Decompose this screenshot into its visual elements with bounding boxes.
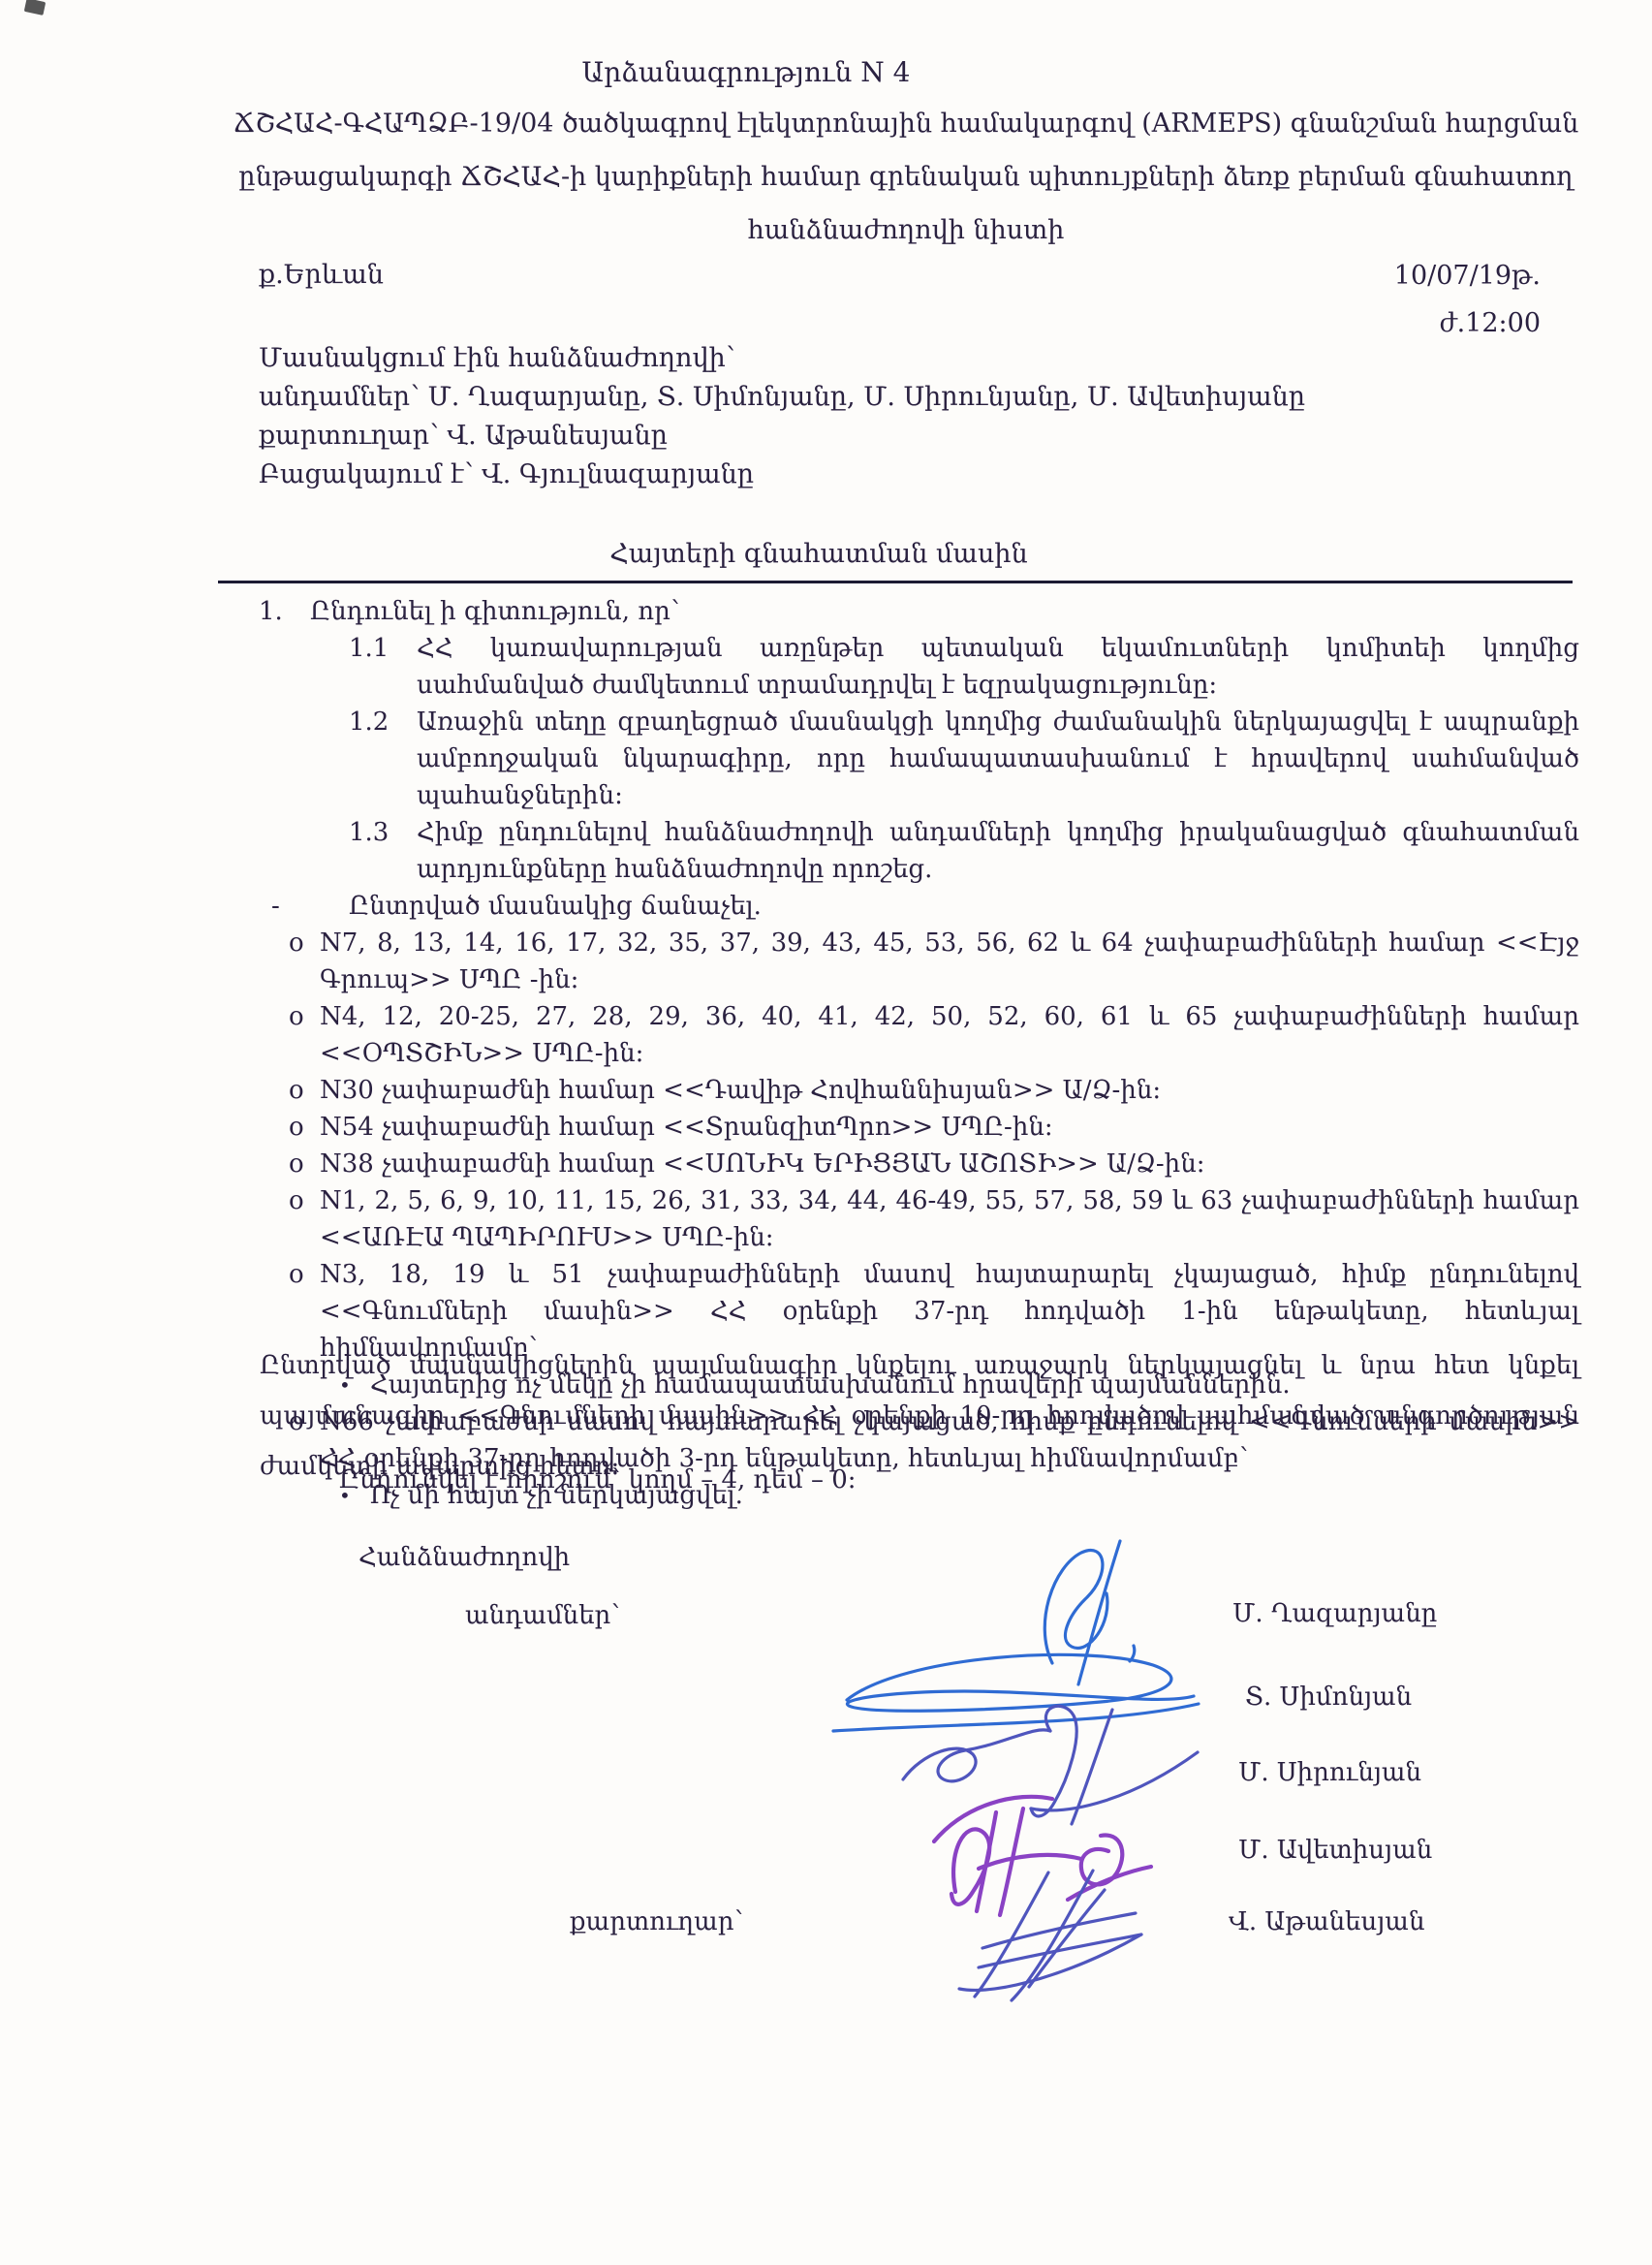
award-text: N30 չափաբաժնի համար <<Դավիթ Հովհաննիսյան… bbox=[320, 1076, 1161, 1105]
attendance-block: Մասնակցում էին հանձնաժողովի՝ անդամներ՝ Մ… bbox=[259, 339, 1305, 494]
subclause-number: 1.1 bbox=[349, 630, 389, 667]
members-label: անդամներ՝ bbox=[465, 1601, 620, 1630]
attendance-line: քարտուղար՝ Վ. Աթանեսյանը bbox=[259, 417, 1305, 456]
clause-text: Ընդունել ի գիտություն, որ՝ bbox=[310, 597, 679, 626]
dash-item: - Ընտրված մասնակից ճանաչել. bbox=[218, 888, 1579, 925]
award-item: o N1, 2, 5, 6, 9, 10, 11, 15, 26, 31, 33… bbox=[218, 1182, 1579, 1256]
o-marker: o bbox=[289, 1182, 304, 1219]
decision-line: Ընդունվել է որոշում՝ կողմ – 4, դեմ – 0: bbox=[339, 1465, 857, 1494]
award-item: o N30 չափաբաժնի համար <<Դավիթ Հովհաննիսյ… bbox=[218, 1072, 1579, 1109]
scanned-protocol-document: Արձանագրություն N 4 ՃՇՀԱՀ-ԳՀԱՊՁԲ-19/04 ծ… bbox=[0, 0, 1652, 2265]
subclause-number: 1.2 bbox=[349, 704, 389, 740]
subclause-text: Առաջին տեղը զբաղեցրած մասնակցի կողմից ժա… bbox=[417, 708, 1579, 810]
subclause-text: ՀՀ կառավարության առընթեր պետական եկամուտ… bbox=[417, 634, 1579, 700]
award-text: N1, 2, 5, 6, 9, 10, 11, 15, 26, 31, 33, … bbox=[320, 1186, 1579, 1252]
o-marker: o bbox=[289, 1146, 304, 1182]
date-label: 10/07/19թ. bbox=[1394, 252, 1541, 299]
o-marker: o bbox=[289, 1256, 304, 1293]
award-text: N54 չափաբաժնի համար <<ՏրանզիտՊրո>> ՍՊԸ-ի… bbox=[320, 1113, 1053, 1142]
subclause-1-3: 1.3 Հիմք ընդունելով հանձնաժողովի անդամնե… bbox=[218, 814, 1579, 888]
signer-name: Մ. Ղազարյանը bbox=[1232, 1599, 1437, 1628]
o-marker: o bbox=[289, 1072, 304, 1109]
section-heading: Հայտերի գնահատման մասին bbox=[218, 539, 1419, 569]
document-subtitle: ՃՇՀԱՀ-ԳՀԱՊՁԲ-19/04 ծածկագրով էլեկտրոնայի… bbox=[233, 97, 1579, 257]
clause-1: 1. Ընդունել ի գիտություն, որ՝ bbox=[218, 593, 1579, 630]
secretary-label: քարտուղար՝ bbox=[570, 1907, 743, 1936]
signer-name: Մ. Սիրունյան bbox=[1238, 1758, 1421, 1787]
time-label: ժ.12:00 bbox=[1394, 299, 1541, 347]
date-time-block: 10/07/19թ. ժ.12:00 bbox=[1394, 252, 1541, 347]
o-marker: o bbox=[289, 925, 304, 961]
award-text: N38 չափաբաժնի համար <<ՍՈՆԻԿ ԵՐԻՑՅԱՆ ԱՇՈՏ… bbox=[320, 1149, 1204, 1179]
o-marker: o bbox=[289, 1109, 304, 1146]
signer-name: Տ. Սիմոնյան bbox=[1245, 1683, 1412, 1712]
heading-underline bbox=[218, 581, 1573, 583]
award-text: N4, 12, 20-25, 27, 28, 29, 36, 40, 41, 4… bbox=[320, 1002, 1579, 1068]
subclause-1-1: 1.1 ՀՀ կառավարության առընթեր պետական եկա… bbox=[218, 630, 1579, 704]
signature-atanesyan bbox=[951, 1863, 1160, 2008]
subclause-number: 1.3 bbox=[349, 814, 389, 851]
award-item: o N4, 12, 20-25, 27, 28, 29, 36, 40, 41,… bbox=[218, 998, 1579, 1072]
signer-name: Մ. Ավետիսյան bbox=[1238, 1836, 1432, 1865]
dash-text: Ընտրված մասնակից ճանաչել. bbox=[349, 892, 762, 921]
subclause-1-2: 1.2 Առաջին տեղը զբաղեցրած մասնակցի կողմի… bbox=[218, 704, 1579, 814]
dash-marker: - bbox=[271, 888, 280, 925]
committee-label: Հանձնաժողովի bbox=[358, 1543, 570, 1572]
attendance-line: Մասնակցում էին հանձնաժողովի՝ bbox=[259, 339, 1305, 378]
subclause-text: Հիմք ընդունելով հանձնաժողովի անդամների կ… bbox=[417, 818, 1579, 884]
signer-name: Վ. Աթանեսյան bbox=[1229, 1907, 1425, 1936]
attendance-line: անդամներ՝ Մ. Ղազարյանը, Տ. Սիմոնյանը, Մ.… bbox=[259, 378, 1305, 417]
scan-artifact bbox=[24, 0, 46, 16]
clause-number: 1. bbox=[259, 593, 283, 630]
attendance-line: Բացակայում է՝ Վ. Գյուլնազարյանը bbox=[259, 456, 1305, 494]
award-item: o N54 չափաբաժնի համար <<ՏրանզիտՊրո>> ՍՊԸ… bbox=[218, 1109, 1579, 1146]
city-label: ք.Երևան bbox=[259, 260, 384, 290]
o-marker: o bbox=[289, 998, 304, 1035]
award-item: o N38 չափաբաժնի համար <<ՍՈՆԻԿ ԵՐԻՑՅԱՆ ԱՇ… bbox=[218, 1146, 1579, 1182]
award-item: o N7, 8, 13, 14, 16, 17, 32, 35, 37, 39,… bbox=[218, 925, 1579, 998]
document-title: Արձանագրություն N 4 bbox=[0, 56, 1492, 88]
award-text: N7, 8, 13, 14, 16, 17, 32, 35, 37, 39, 4… bbox=[320, 928, 1579, 994]
